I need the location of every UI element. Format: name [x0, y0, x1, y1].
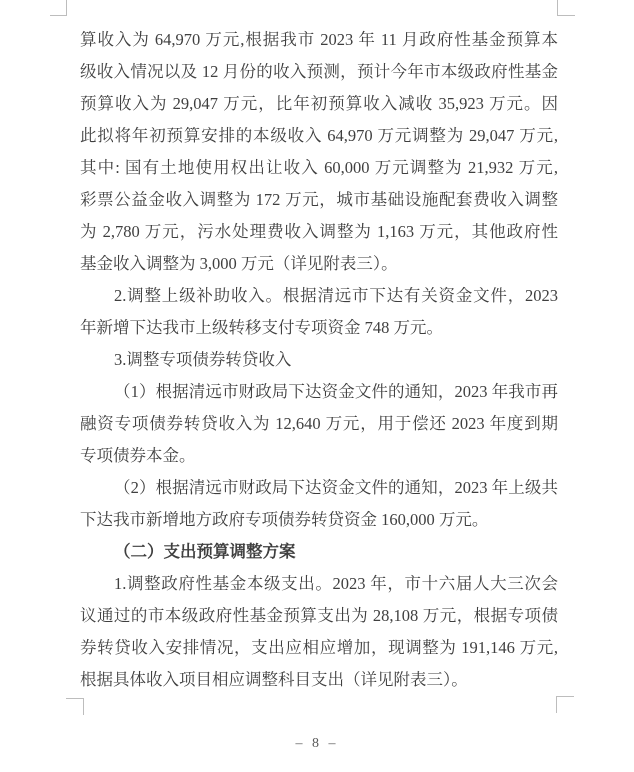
text-line: 根据具体收入项目相应调整科目支出（详见附表三）。: [80, 664, 558, 696]
text-line: 3.调整专项债券转贷收入: [80, 344, 558, 376]
text-line: （二）支出预算调整方案: [80, 536, 558, 568]
text-line: 其中: 国有土地使用权出让收入 60,000 万元调整为 21,932 万元,: [80, 152, 558, 184]
text-line: 预算收入为 29,047 万元，比年初预算收入减收 35,923 万元。因: [80, 88, 558, 120]
text-boundary-mark-bottom-right: [556, 696, 574, 713]
text-line: 议通过的市本级政府性基金预算支出为 28,108 万元，根据专项债: [80, 600, 558, 632]
text-line: （1）根据清远市财政局下达资金文件的通知，2023 年我市再: [80, 376, 558, 408]
text-line: 年新增下达我市上级转移支付专项资金 748 万元。: [80, 312, 558, 344]
text-boundary-mark-top-left: [50, 0, 67, 16]
text-boundary-mark-top-right: [557, 0, 575, 16]
page-number: – 8 –: [0, 732, 634, 756]
text-line: 下达我市新增地方政府专项债券转贷资金 160,000 万元。: [80, 504, 558, 536]
text-line: 基金收入调整为 3,000 万元（详见附表三）。: [80, 248, 558, 280]
text-line: 融资专项债券转贷收入为 12,640 万元，用于偿还 2023 年度到期: [80, 408, 558, 440]
text-line: 券转贷收入安排情况，支出应相应增加，现调整为 191,146 万元,: [80, 632, 558, 664]
document-body: 算收入为 64,970 万元,根据我市 2023 年 11 月政府性基金预算本级…: [80, 24, 558, 696]
text-line: 为 2,780 万元，污水处理费收入调整为 1,163 万元，其他政府性: [80, 216, 558, 248]
text-line: （2）根据清远市财政局下达资金文件的通知，2023 年上级共: [80, 472, 558, 504]
text-line: 1.调整政府性基金本级支出。2023 年，市十六届人大三次会: [80, 568, 558, 600]
text-line: 级收入情况以及 12 月份的收入预测，预计今年市本级政府性基金: [80, 56, 558, 88]
text-line: 专项债券本金。: [80, 440, 558, 472]
text-boundary-mark-bottom-left: [66, 698, 84, 715]
text-line: 2.调整上级补助收入。根据清远市下达有关资金文件，2023: [80, 280, 558, 312]
text-line: 此拟将年初预算安排的本级收入 64,970 万元调整为 29,047 万元,: [80, 120, 558, 152]
text-line: 算收入为 64,970 万元,根据我市 2023 年 11 月政府性基金预算本: [80, 24, 558, 56]
document-page: 算收入为 64,970 万元,根据我市 2023 年 11 月政府性基金预算本级…: [0, 0, 634, 772]
text-line: 彩票公益金收入调整为 172 万元，城市基础设施配套费收入调整: [80, 184, 558, 216]
